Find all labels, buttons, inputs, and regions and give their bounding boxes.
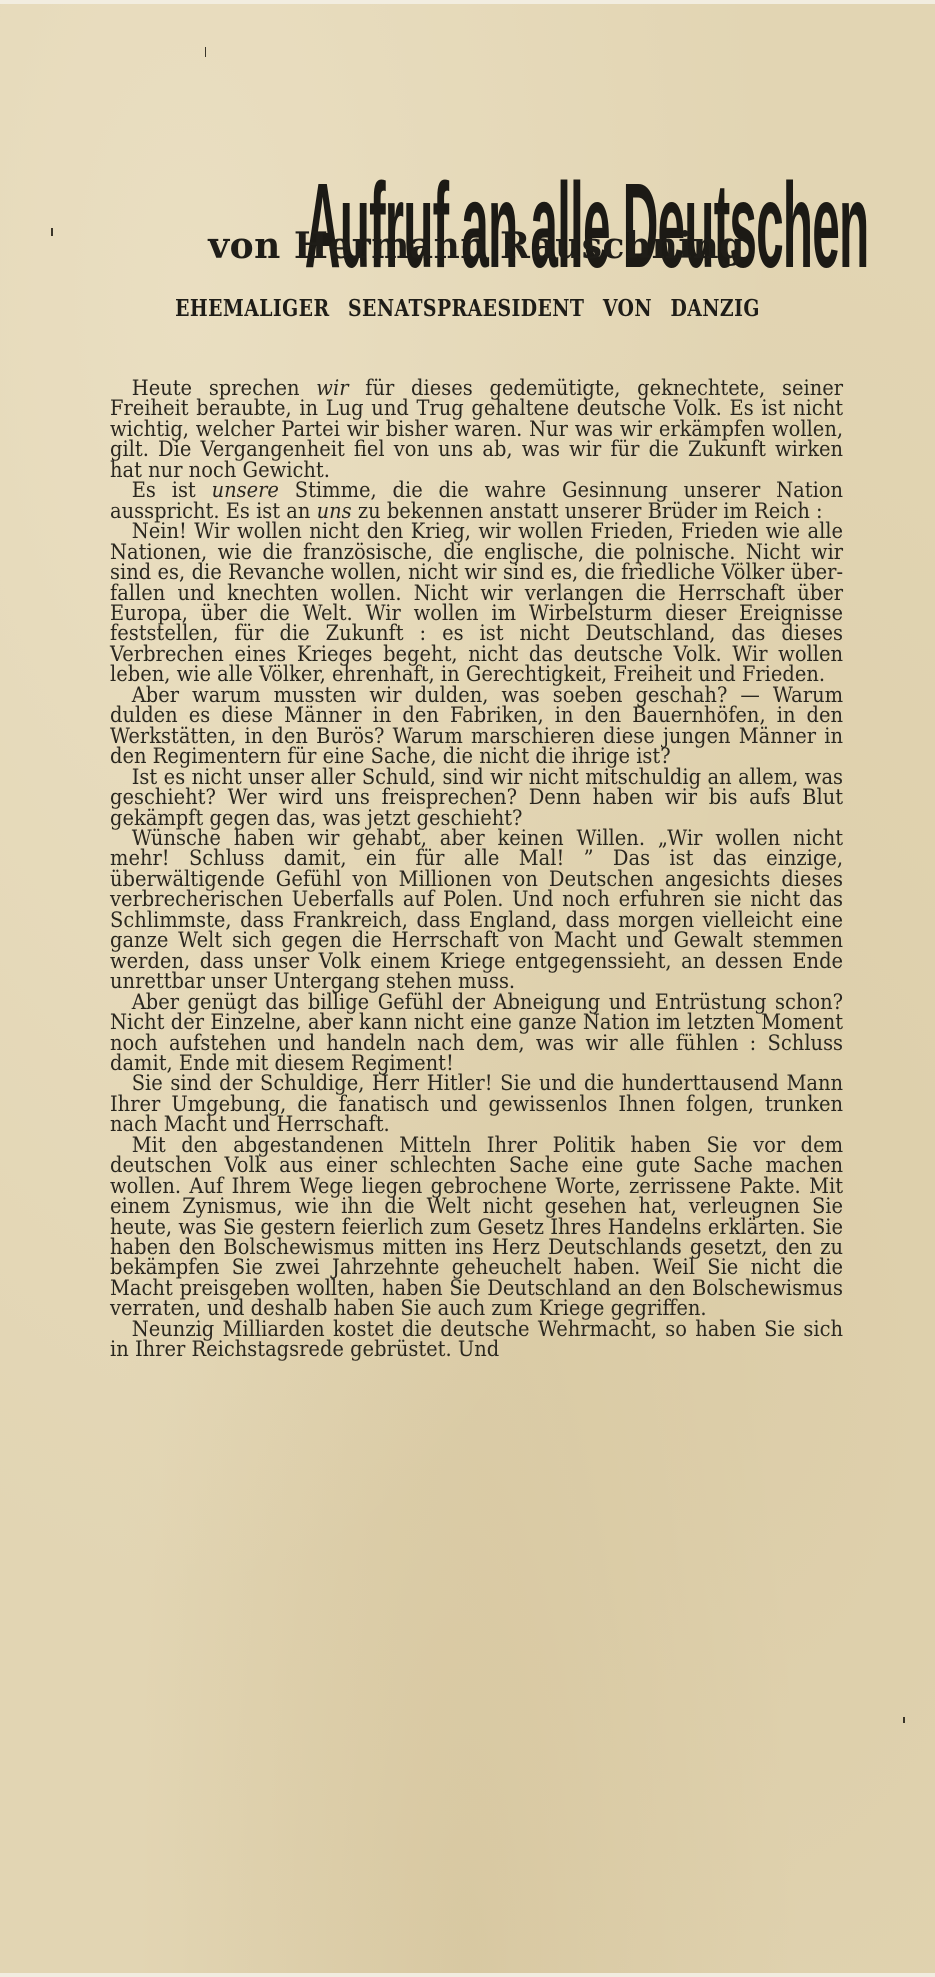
author-line: von Hermann Rauschning	[0, 228, 935, 264]
paragraph-1: Heute sprechen wir für dieses gedemütigt…	[110, 379, 843, 481]
speck-mark	[205, 47, 206, 57]
paragraph-7: Aber genügt das billige Gefühl der Abnei…	[110, 993, 843, 1075]
subtitle: EHEMALIGER SENATSPRAESIDENT VON DANZIG	[84, 297, 851, 320]
paragraph-6: Wünsche haben wir gehabt, aber keinen Wi…	[110, 829, 843, 993]
paragraph-10: Neunzig Milliarden kostet die deutsche W…	[110, 1320, 843, 1361]
paragraph-3: Nein! Wir wollen nicht den Krieg, wir wo…	[110, 522, 843, 686]
article-body: Heute sprechen wir für dieses gedemütigt…	[110, 379, 843, 1361]
paragraph-5: Ist es nicht unser aller Schuld, sind wi…	[110, 768, 843, 829]
paragraph-2: Es ist unsere Stimme, die die wahre Gesi…	[110, 481, 843, 522]
paragraph-9: Mit den abgestandenen Mitteln Ihrer Poli…	[110, 1136, 843, 1320]
speck-mark	[903, 1717, 905, 1723]
paragraph-8: Sie sind der Schuldige, Herr Hitler! Sie…	[110, 1074, 843, 1135]
paragraph-4: Aber warum mussten wir dulden, was soebe…	[110, 686, 843, 768]
leaflet-page: Aufruf an alle Deutschen von Hermann Rau…	[0, 0, 935, 1977]
headline-container: Aufruf an alle Deutschen	[0, 90, 935, 210]
